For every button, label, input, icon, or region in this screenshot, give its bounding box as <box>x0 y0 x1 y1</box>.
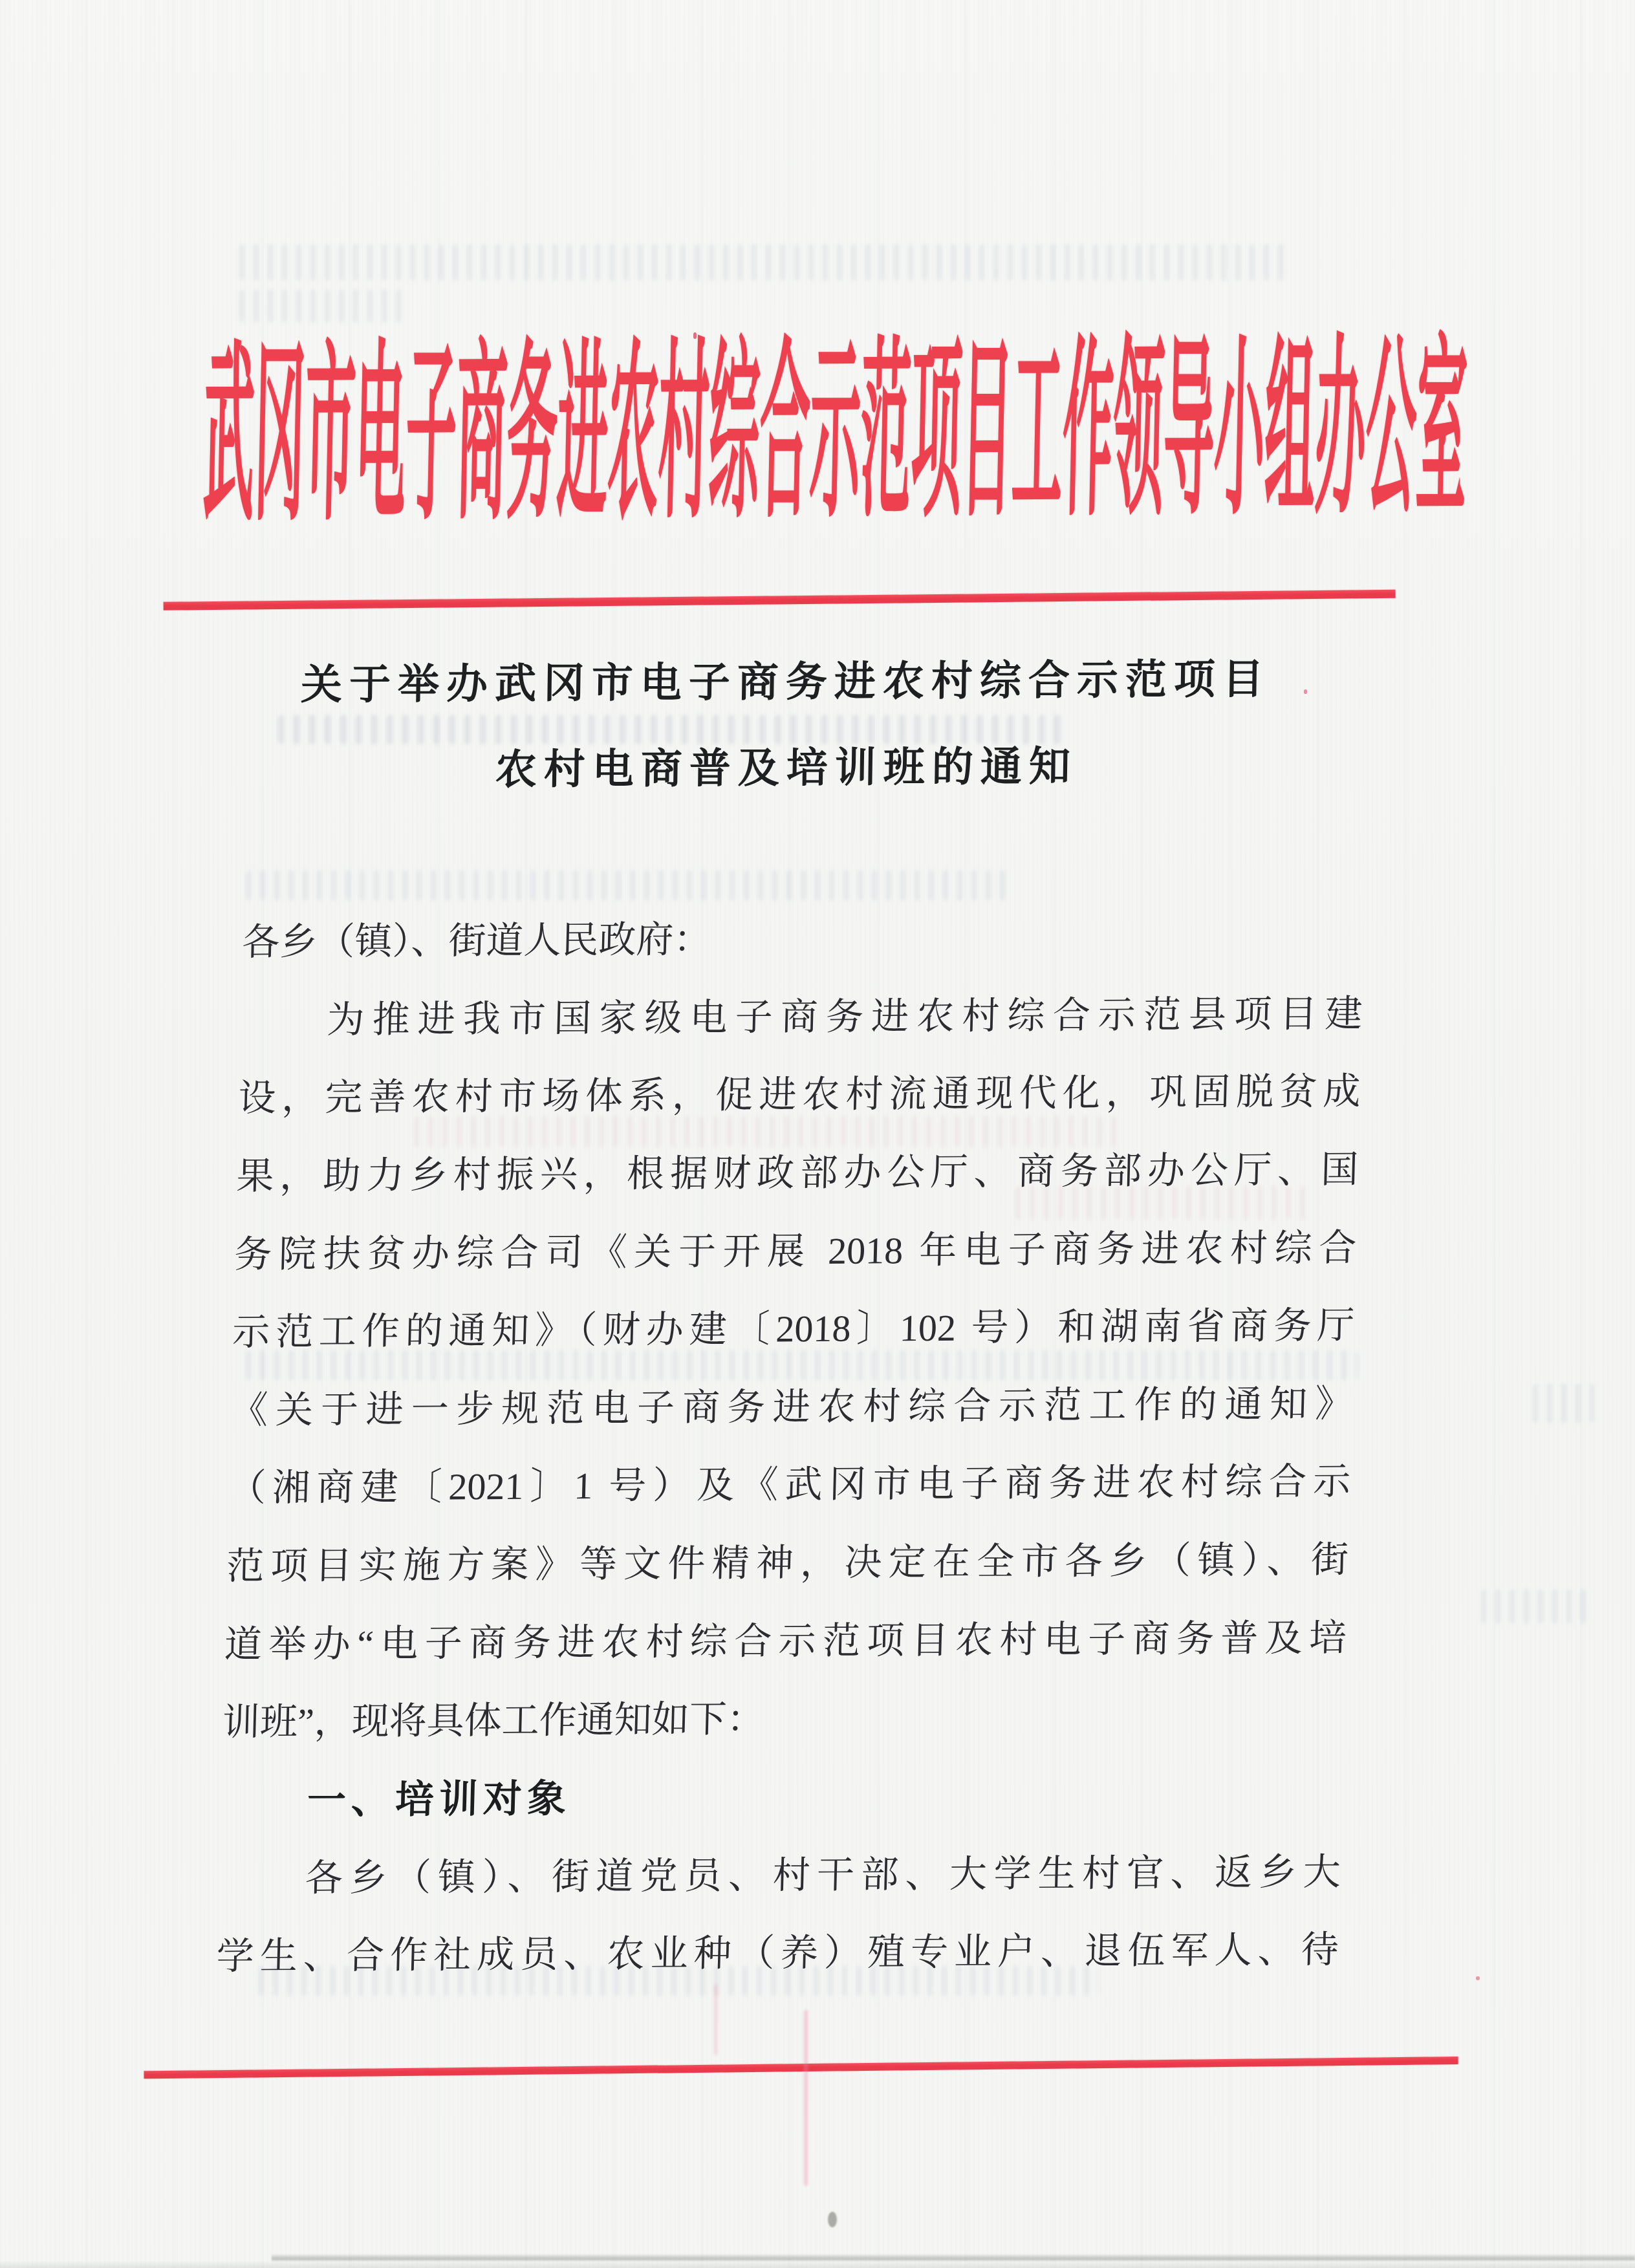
body-line: 《关于进一步规范电子商务进农村综合示范工作的通知》 <box>230 1365 1354 1450</box>
red-separator-bottom <box>144 2057 1458 2079</box>
scan-artifact-red-speck <box>1304 689 1307 694</box>
body-paragraphs: 各乡（镇）、街道人民政府： 为推进我市国家级电子商务进农村综合示范县项目建 设，… <box>215 897 1365 1996</box>
body-line: 训班”，现将具体工作通知如下： <box>221 1677 1345 1762</box>
body-line: 范项目实施方案》等文件精神，决定在全市各乡（镇）、街 <box>226 1521 1350 1606</box>
scan-artifact-gray-blob <box>828 2212 837 2227</box>
section-heading: 一、培训对象 <box>219 1755 1343 1840</box>
document-title-line-1: 关于举办武冈市电子商务进农村综合示范项目 <box>224 649 1347 715</box>
body-line: 示范工作的通知》（财办建〔2018〕102 号）和湖南省商务厅 <box>232 1287 1356 1372</box>
letterhead-title: 武冈市电子商务进农村综合示范项目工作领导小组办公室 <box>202 318 1369 555</box>
page-bottom-fade <box>0 2260 1635 2268</box>
document-content: 武冈市电子商务进农村综合示范项目工作领导小组办公室 关于举办武冈市电子商务进农村… <box>0 0 1635 2268</box>
body-line: 设，完善农村市场体系，促进农村流通现代化，巩固脱贫成 <box>237 1053 1361 1138</box>
body-line: 果，助力乡村振兴，根据财政部办公厅、商务部办公厅、国 <box>235 1131 1359 1216</box>
body-line: 学生、合作社成员、农业种（养）殖专业户、退伍军人、待 <box>215 1911 1339 1996</box>
body-line: 各乡（镇）、街道党员、村干部、大学生村官、返乡大 <box>217 1833 1341 1918</box>
salutation: 各乡（镇）、街道人民政府： <box>241 897 1365 982</box>
red-separator-top <box>164 590 1396 610</box>
body-line: 务院扶贫办综合司《关于开展 2018 年电子商务进农村综合 <box>233 1209 1358 1293</box>
scan-artifact-red-speck <box>693 332 697 339</box>
scan-artifact-red-speck <box>1476 1976 1480 1980</box>
document-title-line-2: 农村电商普及培训班的通知 <box>225 735 1348 801</box>
scan-artifact-pink-streak <box>804 2010 808 2186</box>
body-line: （湘商建〔2021〕1 号）及《武冈市电子商务进农村综合示 <box>228 1443 1352 1528</box>
body-line: 为推进我市国家级电子商务进农村综合示范县项目建 <box>239 975 1363 1059</box>
scan-artifact-pink-streak <box>714 1984 717 2055</box>
document-scan: 武冈市电子商务进农村综合示范项目工作领导小组办公室 关于举办武冈市电子商务进农村… <box>0 0 1635 2268</box>
body-line: 道举办“电子商务进农村综合示范项目农村电子商务普及培 <box>224 1599 1348 1684</box>
